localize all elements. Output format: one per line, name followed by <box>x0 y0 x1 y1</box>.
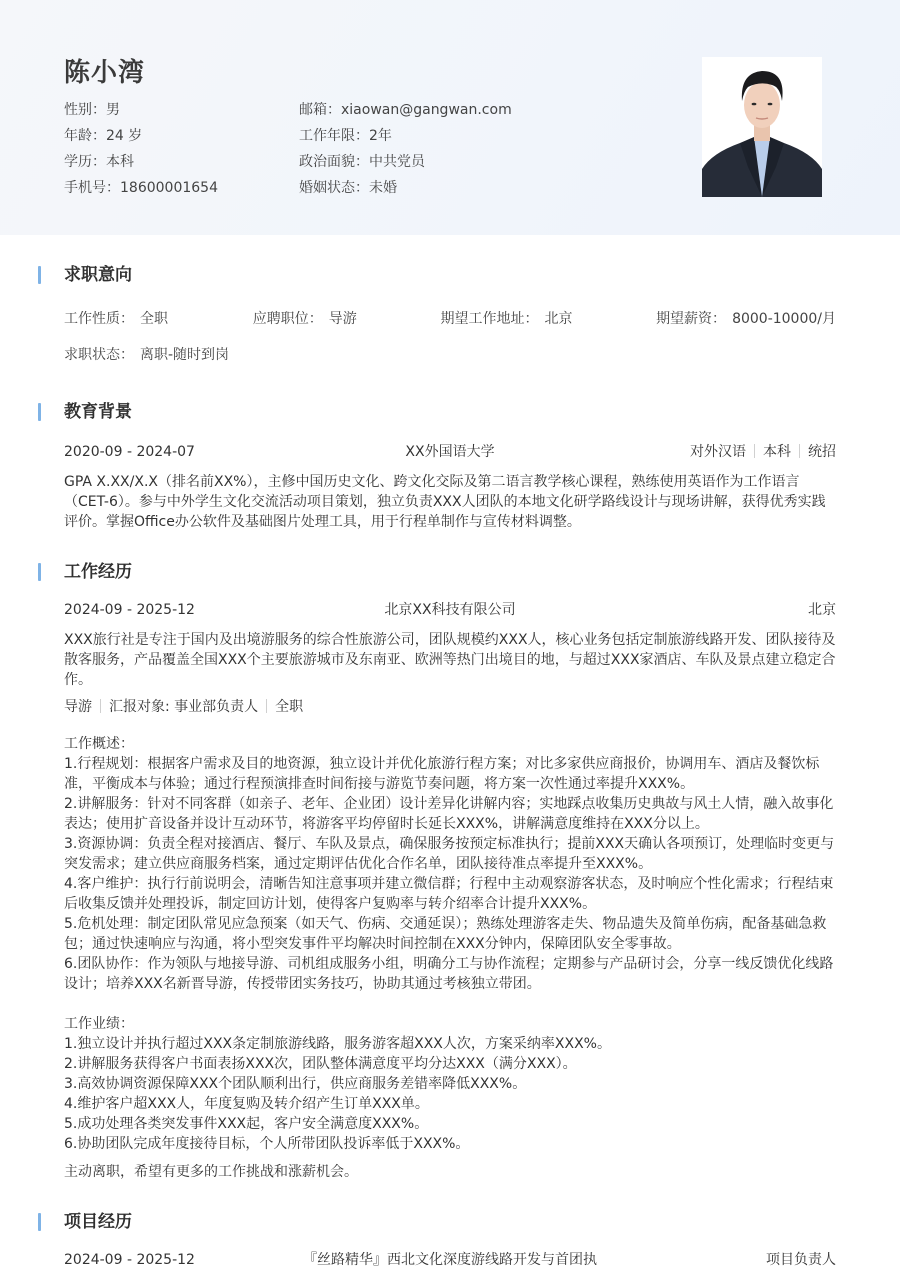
project-role: 项目负责人 <box>766 1249 836 1271</box>
overview-title: 工作概述： <box>64 734 836 754</box>
intent-status: 求职状态：离职-随时到岗 <box>64 344 229 366</box>
education-section: 教育背景 2020-09 - 2024-07 XX外国语大学 对外汉语本科统招 … <box>0 400 900 532</box>
overview-item: 2.讲解服务：针对不同客群（如亲子、老年、企业团）设计差异化讲解内容；实地踩点收… <box>64 794 836 834</box>
intent-label: 应聘职位： <box>253 311 323 327</box>
info-label: 政治面貌： <box>299 154 369 170</box>
info-age: 年龄：24 岁 <box>64 125 218 151</box>
basic-info-right: 邮箱：xiaowan@gangwan.com 工作年限：2年 政治面貌：中共党员… <box>299 99 512 203</box>
intent-row-1: 工作性质：全职 应聘职位：导游 期望工作地址：北京 期望薪资：8000-1000… <box>64 308 836 330</box>
project-date: 2024-09 - 2025-12 <box>64 1249 195 1271</box>
work-entry-header: 2024-09 - 2025-12 北京XX科技有限公司 北京 <box>64 599 836 621</box>
intent-location: 期望工作地址：北京 <box>441 308 657 330</box>
info-label: 工作年限： <box>299 128 369 144</box>
education-entry-header: 2020-09 - 2024-07 XX外国语大学 对外汉语本科统招 <box>64 441 836 463</box>
section-accent-bar <box>38 563 41 581</box>
profile-photo <box>702 57 822 197</box>
info-marital-status: 婚姻状态：未婚 <box>299 177 512 203</box>
section-title-text: 项目经历 <box>64 1212 132 1232</box>
intent-label: 工作性质： <box>64 311 134 327</box>
info-email: 邮箱：xiaowan@gangwan.com <box>299 99 512 125</box>
job-intent-section: 求职意向 工作性质：全职 应聘职位：导游 期望工作地址：北京 期望薪资：8000… <box>0 263 900 366</box>
info-label: 婚姻状态： <box>299 180 369 196</box>
info-value: 24 岁 <box>106 128 142 144</box>
leave-reason: 主动离职，希望有更多的工作挑战和涨薪机会。 <box>64 1162 836 1182</box>
tag-divider <box>799 444 800 458</box>
overview-item: 5.危机处理：制定团队常见应急预案（如天气、伤病、交通延误）；熟练处理游客走失、… <box>64 914 836 954</box>
info-value: 男 <box>106 102 120 118</box>
education-date: 2020-09 - 2024-07 <box>64 441 195 463</box>
work-achievements: 工作业绩： 1.独立设计并执行超过XXX条定制旅游线路，服务游客超XXX人次，方… <box>64 1014 836 1154</box>
candidate-name: 陈小湾 <box>64 52 145 89</box>
achievement-item: 6.协助团队完成年度接待目标，个人所带团队投诉率低于XXX%。 <box>64 1134 836 1154</box>
work-type-tag: 全职 <box>275 699 303 715</box>
info-education: 学历：本科 <box>64 151 218 177</box>
section-accent-bar <box>38 266 41 284</box>
section-title-text: 工作经历 <box>64 562 132 582</box>
info-label: 性别： <box>64 102 106 118</box>
basic-info-left: 性别：男 年龄：24 岁 学历：本科 手机号：18600001654 <box>64 99 218 203</box>
intent-value: 离职-随时到岗 <box>140 347 229 363</box>
info-work-years: 工作年限：2年 <box>299 125 512 151</box>
section-title: 工作经历 <box>64 560 836 584</box>
company-description: XXX旅行社是专注于国内及出境游服务的综合性旅游公司，团队规模约XXX人，核心业… <box>64 630 836 690</box>
achievements-title: 工作业绩： <box>64 1014 836 1034</box>
project-entry-header: 2024-09 - 2025-12 『丝路精华』西北文化深度游线路开发与首团执 … <box>64 1249 836 1271</box>
info-value: xiaowan@gangwan.com <box>341 102 512 118</box>
section-title: 求职意向 <box>64 263 836 287</box>
project-name: 『丝路精华』西北文化深度游线路开发与首团执 <box>303 1252 597 1268</box>
info-value: 中共党员 <box>369 154 425 170</box>
project-section: 项目经历 2024-09 - 2025-12 『丝路精华』西北文化深度游线路开发… <box>0 1210 900 1271</box>
tag-divider <box>100 699 101 713</box>
work-role-tag: 导游 <box>64 699 92 715</box>
section-accent-bar <box>38 1213 41 1231</box>
info-label: 年龄： <box>64 128 106 144</box>
info-political-status: 政治面貌：中共党员 <box>299 151 512 177</box>
education-school: XX外国语大学 <box>405 444 494 460</box>
work-company: 北京XX科技有限公司 <box>384 602 515 618</box>
section-title: 教育背景 <box>64 400 836 424</box>
tag-divider <box>266 699 267 713</box>
intent-work-type: 工作性质：全职 <box>64 308 253 330</box>
resume-header: 陈小湾 性别：男 年龄：24 岁 学历：本科 手机号：18600001654 邮… <box>0 0 900 235</box>
achievement-item: 1.独立设计并执行超过XXX条定制旅游线路，服务游客超XXX人次，方案采纳率XX… <box>64 1034 836 1054</box>
education-degree: 本科 <box>763 444 791 460</box>
info-gender: 性别：男 <box>64 99 218 125</box>
achievement-item: 5.成功处理各类突发事件XXX起，客户安全满意度XXX%。 <box>64 1114 836 1134</box>
intent-salary: 期望薪资：8000-10000/月 <box>656 308 836 330</box>
work-overview: 工作概述： 1.行程规划：根据客户需求及目的地资源，独立设计并优化旅游行程方案；… <box>64 734 836 994</box>
section-title: 项目经历 <box>64 1210 836 1234</box>
overview-item: 6.团队协作：作为领队与地接导游、司机组成服务小组，明确分工与协作流程；定期参与… <box>64 954 836 994</box>
intent-value: 导游 <box>329 311 357 327</box>
intent-value: 8000-10000/月 <box>732 311 836 327</box>
intent-row-2: 求职状态：离职-随时到岗 <box>64 344 836 366</box>
education-enrollment: 统招 <box>808 444 836 460</box>
info-phone: 手机号：18600001654 <box>64 177 218 203</box>
intent-label: 期望工作地址： <box>441 311 539 327</box>
info-label: 手机号： <box>64 180 120 196</box>
work-tags: 导游汇报对象: 事业部负责人全职 <box>64 697 836 717</box>
tag-divider <box>754 444 755 458</box>
info-value: 2年 <box>369 128 392 144</box>
info-value: 本科 <box>106 154 134 170</box>
section-title-text: 求职意向 <box>64 265 132 285</box>
section-title-text: 教育背景 <box>64 402 132 422</box>
education-major: 对外汉语 <box>690 444 746 460</box>
achievement-item: 2.讲解服务获得客户书面表扬XXX次，团队整体满意度平均分达XXX（满分XXX）… <box>64 1054 836 1074</box>
achievement-item: 4.维护客户超XXX人，年度复购及转介绍产生订单XXX单。 <box>64 1094 836 1114</box>
education-description: GPA X.XX/X.X（排名前XX%），主修中国历史文化、跨文化交际及第二语言… <box>64 472 836 532</box>
intent-position: 应聘职位：导游 <box>253 308 441 330</box>
intent-label: 求职状态： <box>64 347 134 363</box>
achievement-item: 3.高效协调资源保障XXX个团队顺利出行，供应商服务差错率降低XXX%。 <box>64 1074 836 1094</box>
overview-item: 1.行程规划：根据客户需求及目的地资源，独立设计并优化旅游行程方案；对比多家供应… <box>64 754 836 794</box>
info-value: 18600001654 <box>120 180 218 196</box>
overview-item: 4.客户维护：执行行前说明会，清晰告知注意事项并建立微信群；行程中主动观察游客状… <box>64 874 836 914</box>
portrait-image-icon <box>702 57 822 197</box>
intent-value: 全职 <box>140 311 168 327</box>
work-section: 工作经历 2024-09 - 2025-12 北京XX科技有限公司 北京 XXX… <box>0 560 900 1182</box>
education-tags: 对外汉语本科统招 <box>690 441 836 463</box>
intent-value: 北京 <box>545 311 573 327</box>
work-date: 2024-09 - 2025-12 <box>64 599 195 621</box>
info-label: 邮箱： <box>299 102 341 118</box>
overview-item: 3.资源协调：负责全程对接酒店、餐厅、车队及景点，确保服务按预定标准执行；提前X… <box>64 834 836 874</box>
intent-label: 期望薪资： <box>656 311 726 327</box>
info-value: 未婚 <box>369 180 397 196</box>
info-label: 学历： <box>64 154 106 170</box>
work-location: 北京 <box>808 599 836 621</box>
work-report-tag: 汇报对象: 事业部负责人 <box>109 699 258 715</box>
section-accent-bar <box>38 403 41 421</box>
